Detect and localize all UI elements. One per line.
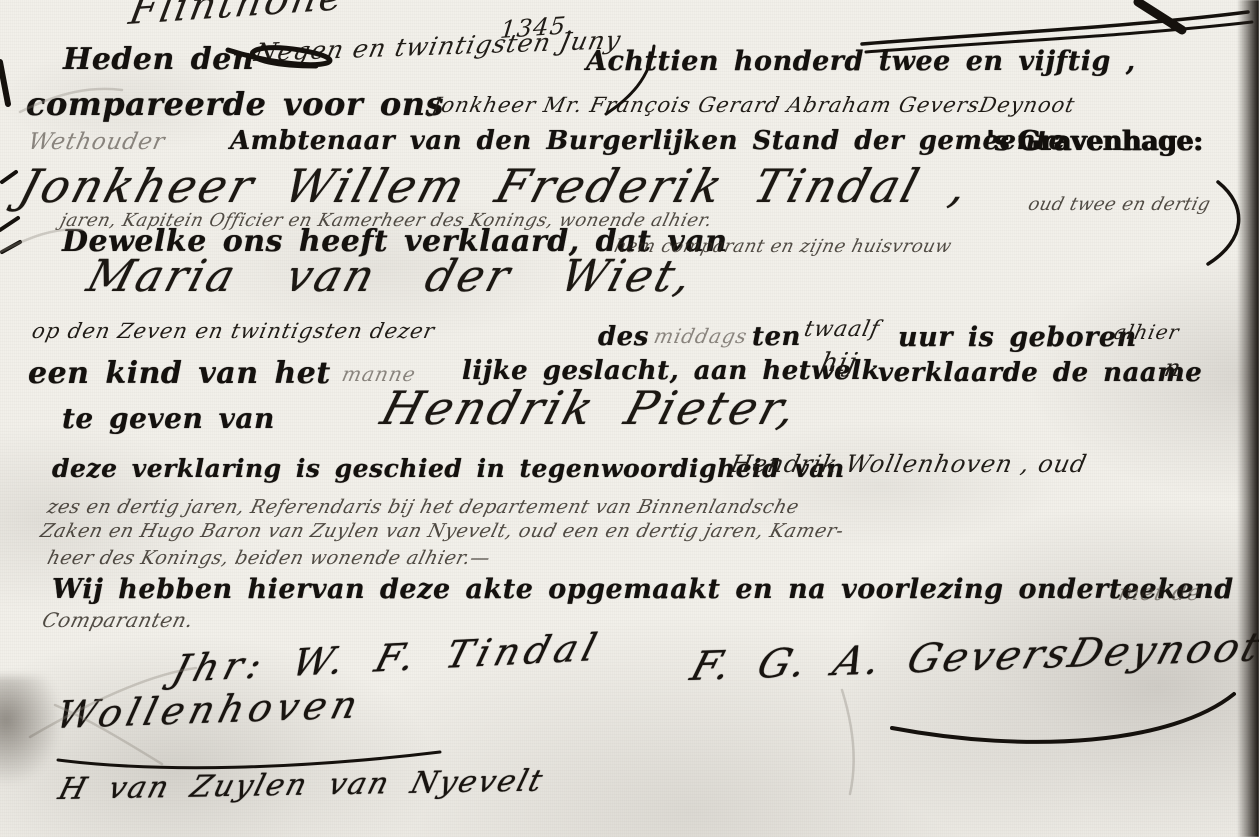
signature-tindal: Jhr: W. F. Tindal: [168, 628, 605, 690]
printed-verklaring-tegenwoordigheid: deze verklaring is geschied in tegenwoor…: [52, 456, 845, 482]
handwritten-witness1-name: Hendrik Wollenhoven , oud: [728, 452, 1089, 477]
top-right-flourish-stroke: [862, 12, 1248, 44]
gothic-city-name: 's Gravenhage:: [986, 128, 1202, 156]
scanned-birth-record-page: Flinthone 1345. Heden den Negen en twint…: [0, 0, 1259, 837]
handwritten-twaalf: twaalf: [802, 318, 882, 341]
handwritten-hij: hij: [818, 350, 860, 377]
handwritten-registrar-name: Jonkheer Mr. François Gerard Abraham Gev…: [430, 94, 1077, 116]
handwritten-witnesses-residence: heer des Konings, beiden wonende alhier.…: [45, 549, 492, 569]
handwritten-child-name: Hendrik Pieter,: [376, 384, 805, 432]
printed-heden-den: Heden den: [63, 44, 254, 76]
handwritten-birth-day: op den Zeven en twintigsten dezer: [30, 320, 437, 342]
wollenhoven-underline: [58, 752, 440, 768]
printed-closing: Wij hebben hiervan deze akte opgemaakt e…: [52, 576, 1234, 604]
gevers-signature-underline: [892, 694, 1234, 742]
handwritten-declarant-name: Jonkheer Willem Frederik Tindal ,: [14, 162, 976, 210]
handwritten-middags: middags: [652, 326, 749, 347]
handwritten-witness1-details: zes en dertig jaren, Referendaris bij he…: [45, 498, 801, 518]
printed-een-kind: een kind van het: [28, 358, 331, 390]
handwritten-met-de: met de: [1116, 582, 1204, 605]
printed-year: Achttien honderd twee en vijftig ,: [586, 48, 1136, 76]
bottom-left-smudge: [0, 676, 62, 786]
printed-des: des: [598, 324, 649, 351]
handwritten-mother-name: Maria van der Wiet,: [82, 254, 700, 300]
printed-compareerde: compareerde voor ons: [26, 88, 444, 122]
printed-te-geven-van: te geven van: [62, 404, 275, 433]
handwritten-date: Negen en twintigsten Juny: [252, 27, 624, 66]
printed-ten: ten: [752, 324, 801, 351]
margin-surname-annotation: Flinthone: [126, 0, 349, 32]
signature-gevers-deynoot: F. G. A. GeversDeynoot: [686, 626, 1259, 688]
printed-uur-is-geboren: uur is geboren: [898, 324, 1137, 352]
pencil-stroke-bottommid: [842, 690, 854, 794]
handwritten-alhier: alhier: [1112, 322, 1181, 343]
printed-verklaarde-naamen: verklaarde de naame: [878, 360, 1202, 387]
top-right-pen-mark: [1138, 2, 1182, 30]
handwritten-wethouder: Wethouder: [26, 130, 168, 154]
handwritten-comparanten: Comparanten.: [40, 610, 196, 631]
binding-shadow-edge: [1237, 0, 1259, 837]
printed-ambtenaar: Ambtenaar van den Burgerlijken Stand der…: [230, 128, 1066, 155]
signature-zuylen-nyevelt: H van Zuylen van Nyevelt: [55, 766, 548, 806]
handwritten-declarant-age: oud twee en dertig: [1026, 196, 1212, 215]
left-edge-ink-bar: [0, 62, 8, 104]
handwritten-witness2-details: Zaken en Hugo Baron van Zuylen van Nyeve…: [38, 522, 846, 542]
signature-wollenhoven: Wollenhoven: [52, 686, 366, 736]
